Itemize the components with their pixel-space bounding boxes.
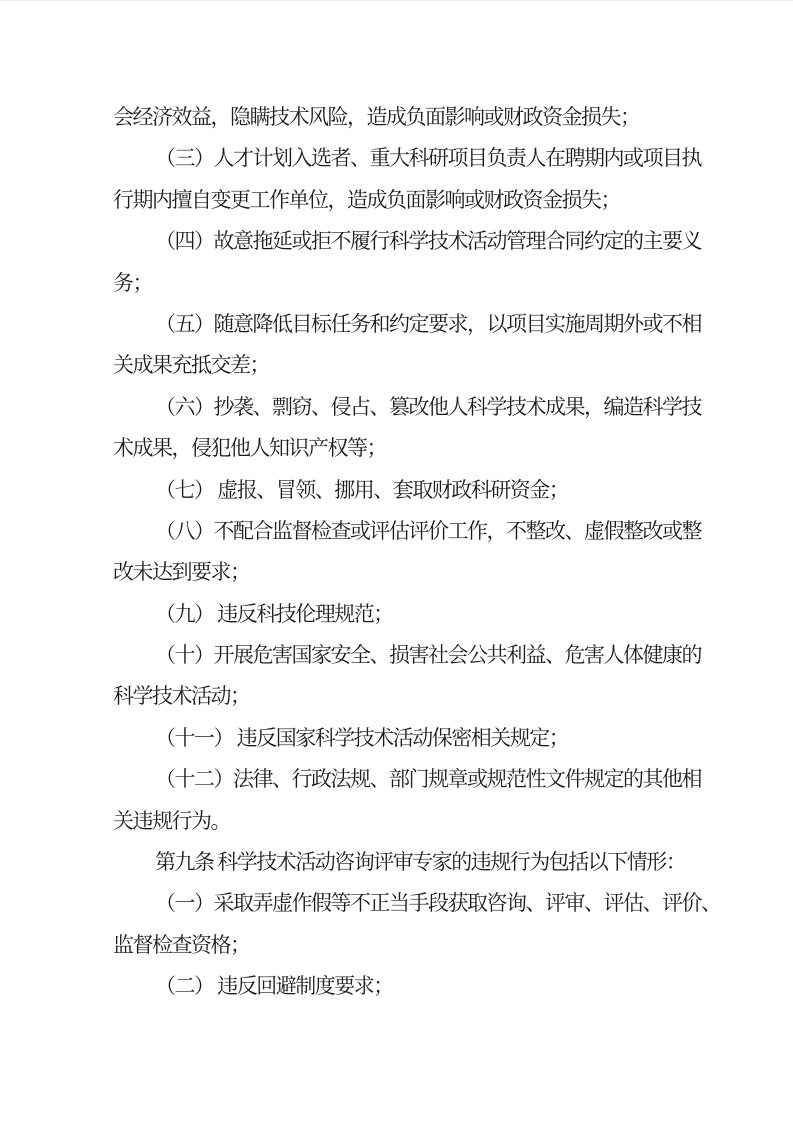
text-line: （三）人才计划入选者、重大科研项目负责人在聘期内或项目执 [113, 138, 698, 179]
text-line: （八）不配合监督检查或评估评价工作，不整改、虚假整改或整 [113, 511, 698, 552]
text-line: 术成果，侵犯他人知识产权等； [113, 428, 698, 469]
text-line: 行期内擅自变更工作单位，造成负面影响或财政资金损失； [113, 180, 698, 221]
text-line: （十一） 违反国家科学技术活动保密相关规定； [113, 718, 698, 759]
document-text-block: 会经济效益，隐瞒技术风险，造成负面影响或财政资金损失；（三）人才计划入选者、重大… [113, 97, 698, 1008]
text-line: 会经济效益，隐瞒技术风险，造成负面影响或财政资金损失； [113, 97, 698, 138]
text-line: （六）抄袭、剽窃、侵占、篡改他人科学技术成果，编造科学技 [113, 387, 698, 428]
text-line: （九） 违反科技伦理规范； [113, 594, 698, 635]
text-line: （四）故意拖延或拒不履行科学技术活动管理合同约定的主要义 [113, 221, 698, 262]
text-line: 关违规行为。 [113, 801, 698, 842]
text-line: （一）采取弄虚作假等不正当手段获取咨询、评审、评估、评价、 [113, 883, 698, 924]
text-line: 务； [113, 263, 698, 304]
text-line: （二） 违反回避制度要求； [113, 966, 698, 1007]
document-page: 会经济效益，隐瞒技术风险，造成负面影响或财政资金损失；（三）人才计划入选者、重大… [0, 0, 793, 1122]
text-line: （七） 虚报、冒领、挪用、套取财政科研资金； [113, 470, 698, 511]
text-line: （十）开展危害国家安全、损害社会公共利益、危害人体健康的 [113, 635, 698, 676]
text-line: （十二）法律、行政法规、部门规章或规范性文件规定的其他相 [113, 759, 698, 800]
text-line: 监督检查资格； [113, 925, 698, 966]
text-line: 改未达到要求； [113, 552, 698, 593]
text-line: 关成果充抵交差； [113, 345, 698, 386]
text-line: 科学技术活动； [113, 676, 698, 717]
text-line: （五）随意降低目标任务和约定要求，以项目实施周期外或不相 [113, 304, 698, 345]
text-line: 第九条 科学技术活动咨询评审专家的违规行为包括以下情形： [113, 842, 698, 883]
